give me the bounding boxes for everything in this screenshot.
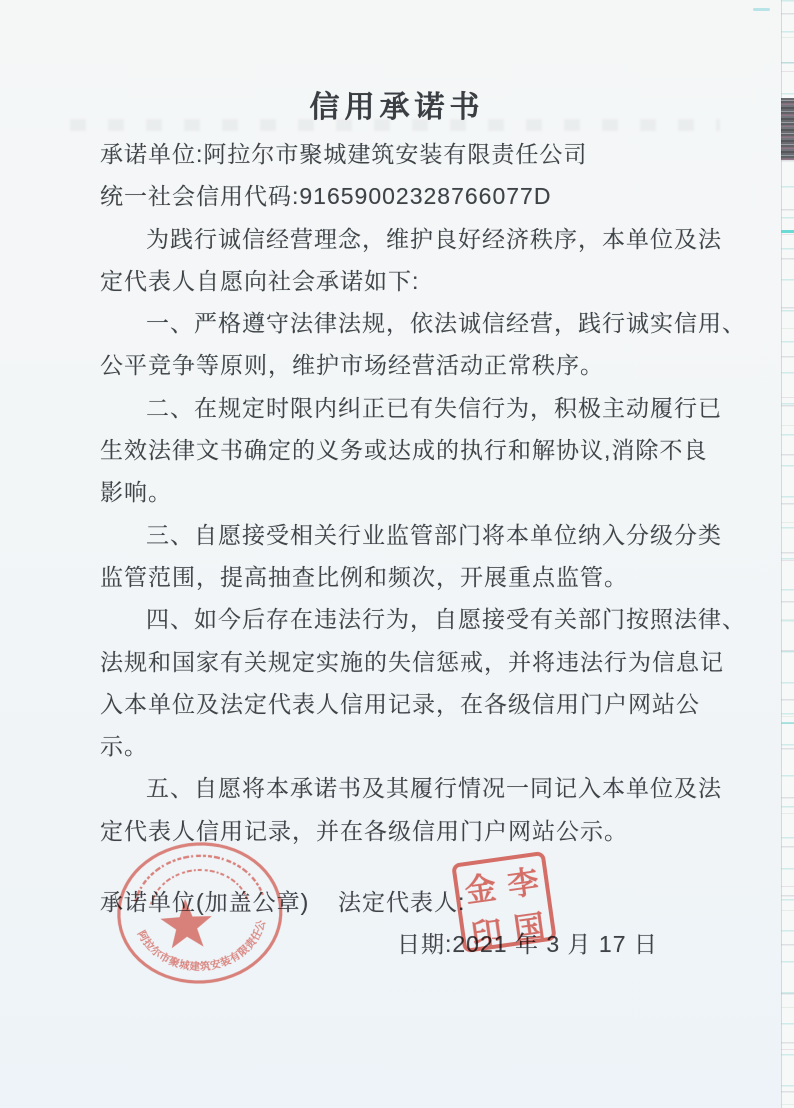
scanned-document-page: 信用承诺书 承诺单位:阿拉尔市聚城建筑安装有限责任公司 统一社会信用代码:916… (0, 0, 794, 1108)
uyghur-script-arc-icon (149, 868, 247, 905)
body-line: 影响。 (100, 471, 710, 513)
body-line: 公平竞争等原则，维护市场经营活动正常秩序。 (100, 344, 710, 386)
body-line: 入本单位及法定代表人信用记录，在各级信用门户网站公 (100, 683, 710, 725)
company-round-seal-stamp: 阿拉尔市聚城建筑安装有限责任公司 (111, 837, 289, 996)
body-line: 生效法律文书确定的义务或达成的执行和解协议,消除不良 (100, 429, 710, 471)
scan-speck (753, 8, 770, 11)
line-unit-name: 承诺单位:阿拉尔市聚城建筑安装有限责任公司 (100, 133, 710, 175)
body-line: 定代表人自愿向社会承诺如下: (100, 260, 710, 302)
scanner-edge-cyan-streak (781, 230, 794, 233)
scanner-edge-artifact-band (781, 0, 794, 1108)
personal-name-seal-stamp: 金 李 印 国 (451, 851, 557, 953)
body-line: 三、自愿接受相关行业监管部门将本单位纳入分级分类 (100, 514, 710, 556)
scanner-edge-cyan-streak (781, 722, 794, 724)
seal-char: 印 (462, 906, 511, 957)
document-title: 信用承诺书 (0, 82, 794, 126)
body-line: 为践行诚信经营理念，维护良好经济秩序，本单位及法 (100, 218, 710, 260)
body-line: 监管范围，提高抽查比例和频次，开展重点监管。 (100, 556, 710, 598)
body-line: 法规和国家有关规定实施的失信惩戒，并将违法行为信息记 (100, 641, 710, 683)
document-body: 承诺单位:阿拉尔市聚城建筑安装有限责任公司 统一社会信用代码:916590023… (100, 133, 710, 852)
seal-char: 国 (505, 900, 554, 951)
body-line: 五、自愿将本承诺书及其履行情况一同记入本单位及法 (100, 767, 710, 809)
seal-char: 金 (456, 861, 505, 912)
seal-char: 李 (498, 855, 547, 906)
legal-representative-label: 法定代表人: (338, 884, 465, 917)
star-icon (159, 897, 213, 948)
body-line: 示。 (100, 725, 710, 767)
body-line: 四、如今后存在违法行为，自愿接受有关部门按照法律、 (100, 598, 710, 640)
uyghur-script-arc-icon (133, 853, 263, 902)
line-credit-code: 统一社会信用代码:91659002328766077D (100, 175, 710, 217)
body-line: 二、在规定时限内纠正已有失信行为，积极主动履行已 (100, 387, 710, 429)
body-line: 一、严格遵守法律法规，依法诚信经营，践行诚实信用、 (100, 302, 710, 344)
